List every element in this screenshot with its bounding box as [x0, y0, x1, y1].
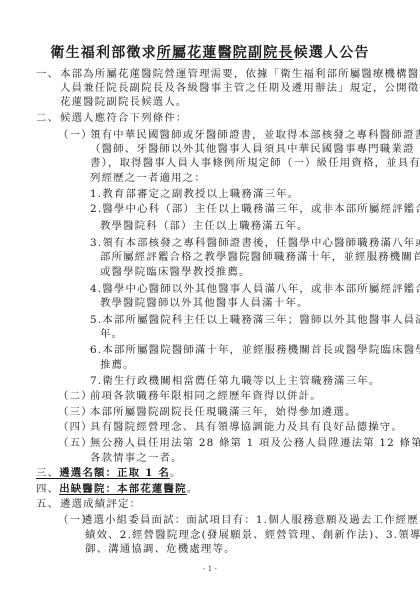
- section-4-text: 出缺醫院：本部花蓮醫院: [59, 483, 187, 495]
- section-2-heading: 候選人應符合下列條件：: [60, 112, 188, 124]
- title-underlined: 所屬花蓮醫院副院長: [157, 45, 294, 61]
- item-marker: （四）: [58, 421, 93, 433]
- section-2-marker: 二、: [36, 112, 59, 124]
- subitem-line: 部所屬經評鑑合格之教學醫院醫師職務滿十年，並經服務機關首長: [100, 251, 420, 263]
- item-line: 各款情事之一者。: [90, 452, 183, 464]
- subitem-line: 4.醫學中心醫師以外其他醫事人員滿八年，或非本部所屬經評鑑合格之: [90, 283, 420, 295]
- page-number: - 1 -: [0, 565, 420, 573]
- item-line: 御、溝通協調、危機處理等。: [85, 543, 236, 555]
- subitem-line: 6.本部所屬醫院醫師滿十年，並經服務機關首長或醫學院臨床醫學教授: [90, 344, 420, 356]
- section-4-marker: 四、: [36, 483, 59, 495]
- section-3-marker: 三、: [36, 467, 59, 479]
- title-suffix: 候選人公告: [294, 45, 370, 61]
- item-line: 無公務人員任用法第 28 條第 1 項及公務人員陞遷法第 12 條第 1 項: [90, 437, 420, 449]
- section-4-end: 。: [187, 483, 199, 495]
- item-line: 前項各款職務年限相同之經歷年資得以併計。: [90, 390, 322, 402]
- subitem-line: 5.本部所屬醫院科主任以上職務滿三年；醫師以外其他醫事人員滿十: [90, 314, 420, 326]
- subitem-line: 2.醫學中心科（部）主任以上職務滿三年，或非本部所屬經評鑑合格之: [90, 203, 420, 215]
- section-3: 三、遴選名額：正取 1 名。: [36, 467, 182, 479]
- section-1-marker: 一、: [36, 68, 59, 80]
- document-page: 衛生福利部徵求所屬花蓮醫院副院長候選人公告 一、 本部為所屬花蓮醫院營運管理需要…: [0, 0, 420, 593]
- item-line: 列經歷之一者適用之：: [90, 172, 206, 184]
- section-1-line: 人員兼任院長副院長及各級醫事主管之任期及遴用辦法」規定，公開徵求: [60, 82, 420, 94]
- section-1-line: 花蓮醫院副院長候選人。: [60, 96, 188, 108]
- subitem-line: 年。: [100, 328, 123, 340]
- item-marker: （五）: [58, 437, 93, 449]
- item-line: 具有醫院經營理念、具有領導協調能力及具有良好品德操守。: [90, 421, 403, 433]
- item-marker: （三）: [58, 406, 93, 418]
- item-line: 遴選小組委員面試：面試項目有：1.個人服務意願及過去工作經歷與: [82, 514, 420, 526]
- item-marker: （二）: [58, 390, 93, 402]
- title-prefix: 衛生福利部徵求: [50, 45, 156, 61]
- section-4: 四、出缺醫院：本部花蓮醫院。: [36, 483, 198, 495]
- section-5-marker: 五、: [36, 498, 59, 510]
- item-line: 領有中華民國醫師或牙醫師證書，並取得本部核發之專科醫師證書: [90, 129, 420, 141]
- subitem-line: 3.領有本部核發之專科醫師證書後，任醫學中心醫師職務滿八年或非本: [90, 237, 420, 249]
- section-3-end: 。: [170, 467, 182, 479]
- item-line: 本部所屬醫院副院長任現職滿三年，始得參加遴選。: [90, 406, 357, 418]
- subitem-line: 7.衛生行政機關相當薦任第九職等以上主管職務滿三年。: [90, 375, 381, 387]
- subitem-line: 1.教育部審定之副教授以上職務滿三年。: [90, 188, 299, 200]
- subitem-line: 或醫學院臨床醫學教授推薦。: [100, 266, 251, 278]
- section-3-text: 遴選名額：正取 1 名: [59, 467, 170, 479]
- item-marker: （一）: [58, 129, 93, 141]
- page-title: 衛生福利部徵求所屬花蓮醫院副院長候選人公告: [0, 45, 420, 61]
- section-5-heading: 遴選成績評定：: [60, 498, 141, 510]
- section-1-line: 本部為所屬花蓮醫院營運管理需要，依據「衛生福利部所屬醫療機構醫事: [60, 68, 420, 80]
- subitem-line: 推薦。: [100, 359, 135, 371]
- item-line: （醫師、牙醫師以外其他醫事人員須具中華民國醫事專門職業證: [90, 143, 415, 155]
- item-line: 績效、2.經營醫院理念(發展願景、經營管理、創新作法)、3.領導統: [85, 529, 420, 541]
- subitem-line: 教學醫院科（部）主任以上職務滿五年。: [100, 220, 309, 232]
- subitem-line: 教學醫院醫師以外其他醫事人員滿十年。: [100, 297, 309, 309]
- item-line: 書），取得醫事人員人事條例所規定師（一）級任用資格，並具有下: [90, 157, 420, 169]
